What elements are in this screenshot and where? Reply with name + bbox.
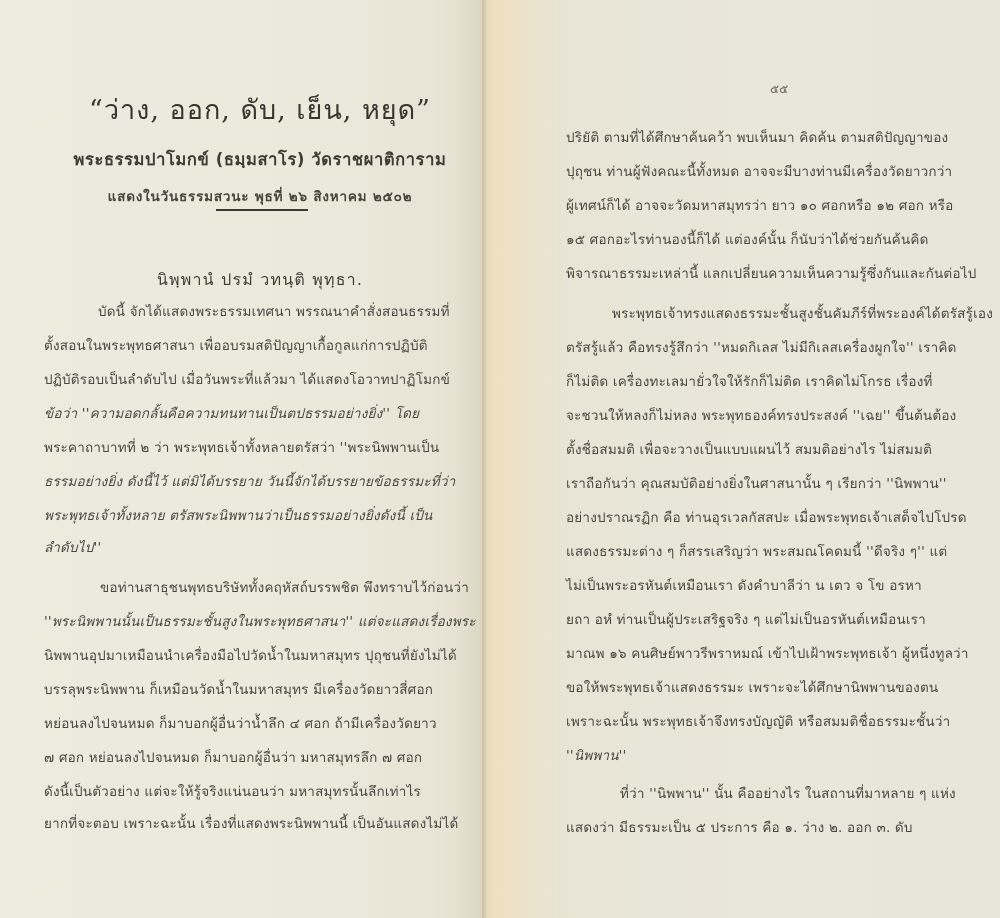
text-line: ที่ว่า ''นิพพาน'' นั้น คืออย่างไร ในสถาน… <box>620 782 956 804</box>
text-line: ๗ ศอก หย่อนลงไปจนหมด ก็มาบอกผู้อื่นว่า ม… <box>44 746 422 768</box>
text-line: ตรัสรู้แล้ว คือทรงรู้สึกว่า ''หมดกิเลส ไ… <box>566 336 957 358</box>
text-line: อย่างปราณรฏิก คือ ท่านอุรเวลกัสสปะ เมื่อ… <box>566 506 967 528</box>
left-page: “ว่าง, ออก, ดับ, เย็น, หยุด” พระธรรมปาโม… <box>0 0 482 918</box>
text-line: มาณพ ๑๖ คนศิษย์พาวรีพราหมณ์ เข้าไปเฝ้าพร… <box>566 642 969 664</box>
text-line: ยถา อหํ ท่านเป็นผู้ประเสริฐจริง ๆ แต่ไม่… <box>566 608 926 630</box>
text-line: นิพพานอุปมาเหมือนนำเครื่องมือไปวัดน้ำในม… <box>44 644 457 666</box>
text-line: ข้อว่า ''ความอดกลั้นคือความทนทานเป็นตปธร… <box>44 402 419 424</box>
pali-epigraph: นิพฺพานํ ปรมํ วทนฺติ พุทฺธา. <box>50 268 470 293</box>
sermon-title: “ว่าง, ออก, ดับ, เย็น, หยุด” <box>50 88 470 131</box>
text-line: พระคาถาบาทที่ ๒ ว่า พระพุทธเจ้าทั้งหลายต… <box>44 436 439 458</box>
text-line: พระพุทธเจ้าทรงแสดงธรรมะชั้นสูงชั้นคัมภีร… <box>612 302 993 324</box>
text-line: พระพุทธเจ้าทั้งหลาย ตรัสพระนิพพานว่าเป็น… <box>44 504 432 526</box>
text-line: ตั้งชื่อสมมติ เพื่อจะวางเป็นแบบแผนไว้ สม… <box>566 438 932 460</box>
text-line: เราถือกันว่า คุณสมบัติอย่างยิ่งในศาสนานั… <box>566 472 947 494</box>
text-line: บัดนี้ จักได้แสดงพระธรรมเทศนา พรรณนาคำสั… <box>98 300 450 322</box>
text-line: ปฏิบัติรอบเป็นลำดับไป เมื่อวันพระที่แล้ว… <box>44 368 450 390</box>
date-line: แสดงในวันธรรมสวนะ พุธที่ ๒๖ สิงหาคม ๒๕๐๒ <box>50 185 470 207</box>
book-gutter <box>482 0 496 918</box>
book-spread: “ว่าง, ออก, ดับ, เย็น, หยุด” พระธรรมปาโม… <box>0 0 1000 918</box>
author-line: พระธรรมปาโมกข์ (ธมฺมสาโร) วัดราชผาติการา… <box>50 147 470 173</box>
text-line: เพราะฉะนั้น พระพุทธเจ้าจึงทรงบัญญัติ หรื… <box>566 710 950 732</box>
text-line: ''นิพพาน'' <box>566 744 626 766</box>
text-line: บรรลุพระนิพพาน ก็เหมือนวัดน้ำในมหาสมุทร … <box>44 678 433 700</box>
text-line: ปุถุชน ท่านผู้ฟังคณะนี้ทั้งหมด อาจจะมีบา… <box>566 160 952 182</box>
text-line: ยากที่จะตอบ เพราะฉะนั้น เรื่องที่แสดงพระ… <box>44 812 458 834</box>
text-line: ปริยัติ ตามที่ได้ศึกษาค้นคว้า พบเห็นมา ค… <box>566 126 948 148</box>
page-number: ๕๕ <box>770 80 788 99</box>
text-line: ไม่เป็นพระอรหันต์เหมือนเรา ดังคำบาลีว่า … <box>566 574 922 596</box>
text-line: ขอให้พระพุทธเจ้าแสดงธรรมะ เพราะจะได้ศึกษ… <box>566 676 938 698</box>
text-line: ดังนี้เป็นตัวอย่าง แต่จะให้รู้จริงแน่นอน… <box>44 780 421 802</box>
text-line: ตั้งสอนในพระพุทธศาสนา เพื่ออบรมสติปัญญาเ… <box>44 334 428 356</box>
text-line: ลำดับไป'' <box>44 536 101 558</box>
text-line: แสดงว่า มีธรรมะเป็น ๕ ประการ คือ ๑. ว่าง… <box>566 816 913 838</box>
text-line: พิจารณาธรรมะเหล่านี้ แลกเปลี่ยนความเห็นค… <box>566 262 976 284</box>
text-line: จะชวนให้หลงก็ไม่หลง พระพุทธองค์ทรงประสงค… <box>566 404 956 426</box>
text-line: ''พระนิพพานนั้นเป็นธรรมะชั้นสูงในพระพุทธ… <box>44 610 476 632</box>
text-line: ขอท่านสาธุชนพุทธบริษัททั้งคฤหัสถ์บรรพชิต… <box>100 576 469 598</box>
text-line: แสดงธรรมะต่าง ๆ ก็สรรเสริญว่า พระสมณโคดม… <box>566 540 947 562</box>
text-line: ก็ไม่ติด เครื่องทะเลมายั่วใจให้รักก็ไม่ต… <box>566 370 933 392</box>
text-line: ธรรมอย่างยิ่ง ดังนี้ไว้ แต่มิได้บรรยาย ว… <box>44 470 455 492</box>
text-line: หย่อนลงไปจนหมด ก็มาบอกผู้อื่นว่าน้ำลึก ๔… <box>44 712 437 734</box>
text-line: ๑๕ ศอกอะไรท่านองนี้ก็ได้ แต่องค์นั้น ก็น… <box>566 228 929 250</box>
text-line: ผู้เทศน์ก็ได้ อาจจะวัดมหาสมุทรว่า ยาว ๑๐… <box>566 194 954 216</box>
title-divider <box>216 209 308 211</box>
